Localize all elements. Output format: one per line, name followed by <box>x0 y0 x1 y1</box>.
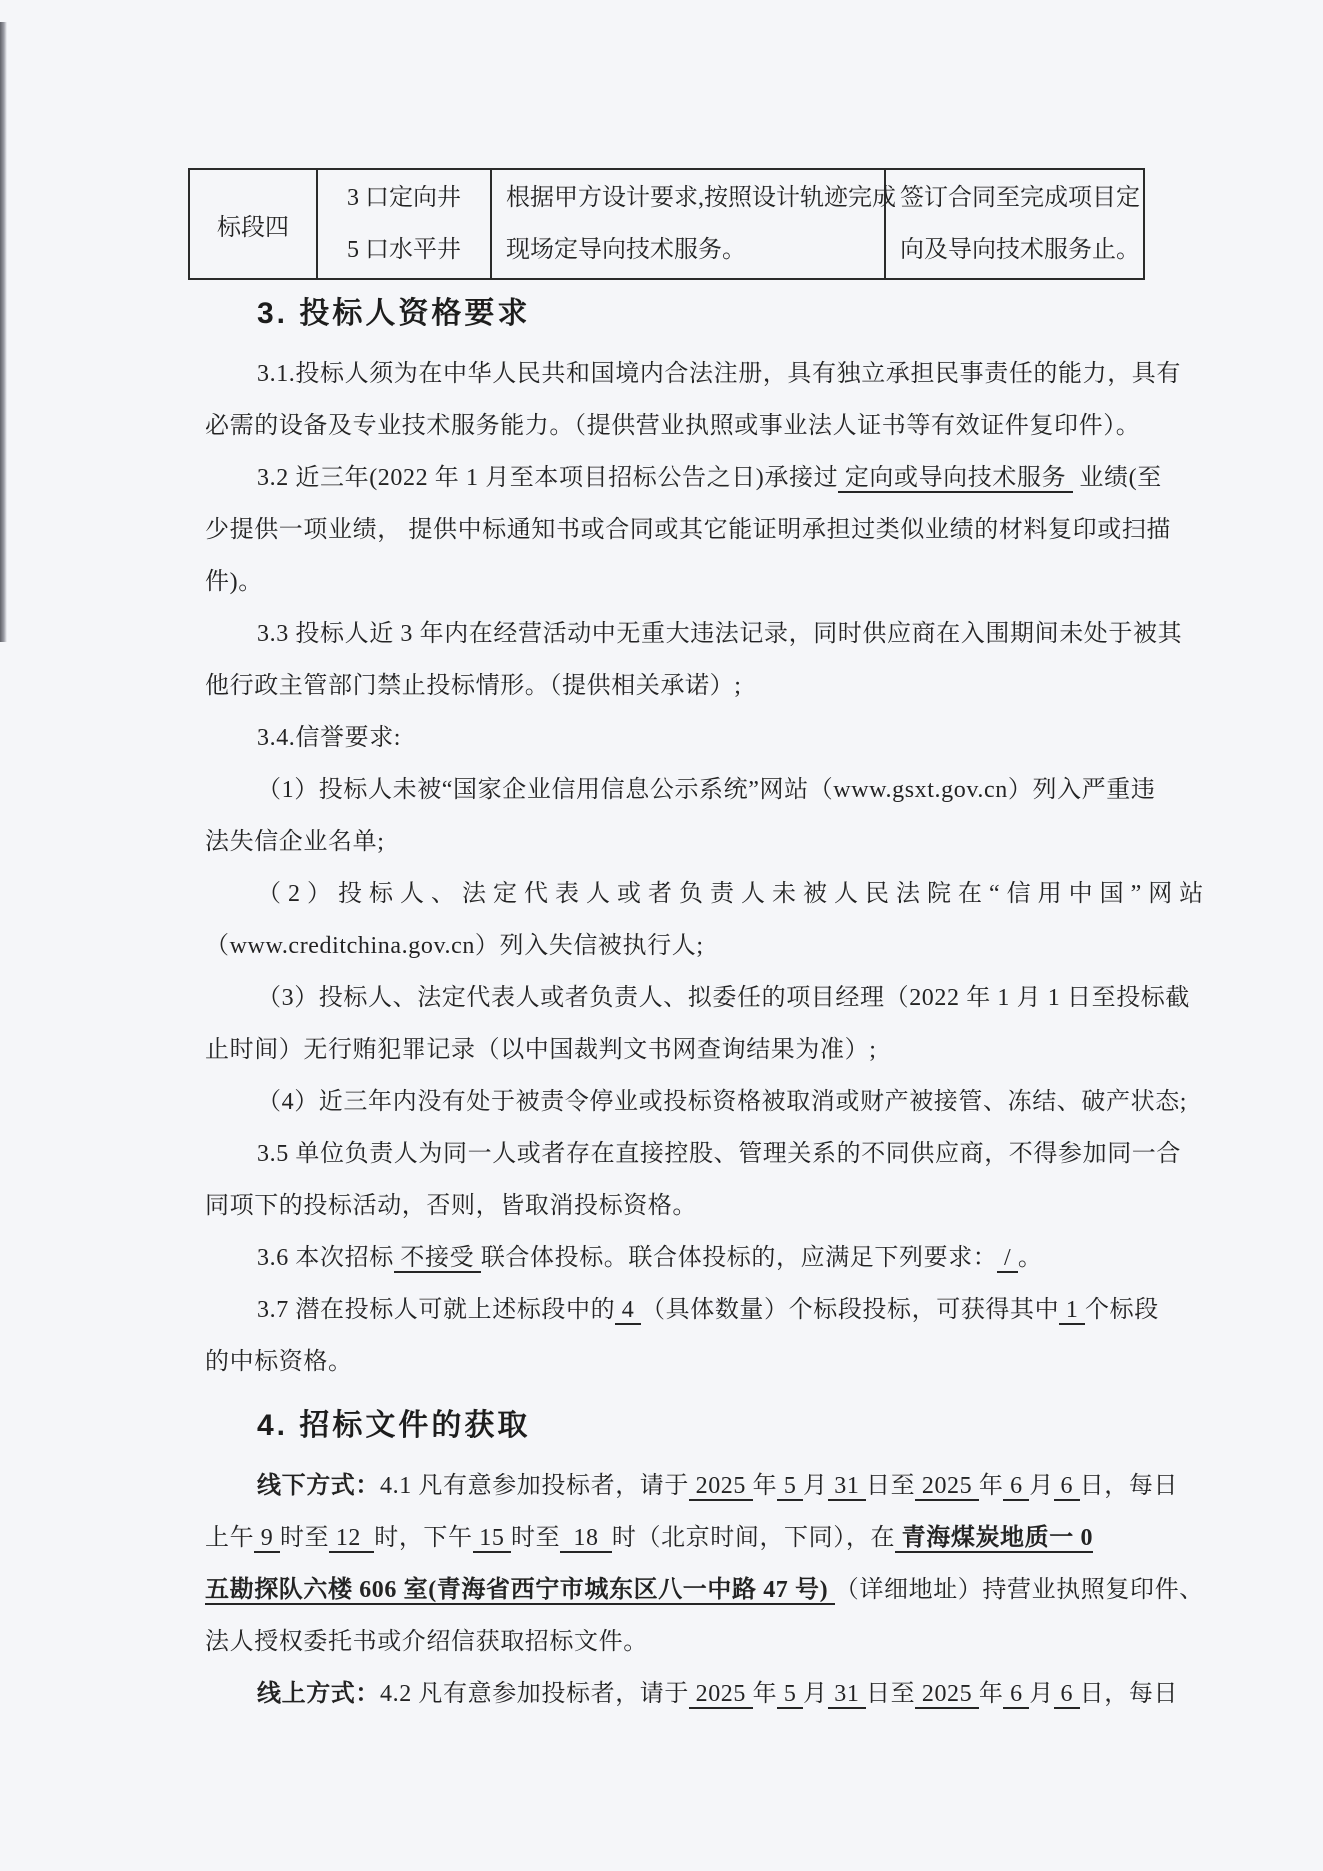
text-line: 法人授权委托书或介绍信获取招标文件。 <box>205 1616 1170 1668</box>
section-4-heading: 4. 招标文件的获取 <box>205 1402 1170 1450</box>
text-segment: 年 <box>753 1681 778 1707</box>
text-line: 同项下的投标活动，否则，皆取消投标资格。 <box>205 1180 1170 1232</box>
text-line: 少提供一项业绩， 提供中标通知书或合同或其它能证明承担过类似业绩的材料复印或扫描 <box>205 504 1170 556</box>
text-segment: （3）投标人、法定代表人或者负责人、拟委任的项目经理（2022 年 1 月 1 … <box>257 985 1190 1011</box>
text-segment: （www.creditchina.gov.cn）列入失信被执行人; <box>205 933 704 959</box>
underlined-text: 15 <box>473 1525 511 1553</box>
underlined-text: 5 <box>777 1473 803 1501</box>
text-segment: 日，每日 <box>1080 1681 1178 1707</box>
text-segment: 根据甲方设计要求,按照设计轨迹完成 <box>506 185 896 211</box>
text-segment: 上午 <box>205 1525 254 1551</box>
text-segment: 3.5 单位负责人为同一人或者存在直接控股、管理关系的不同供应商，不得参加同一合 <box>257 1141 1181 1167</box>
text-segment: 法失信企业名单; <box>205 829 384 855</box>
text-segment: 年 <box>979 1681 1004 1707</box>
underlined-text: 31 <box>828 1473 866 1501</box>
text-line: 根据甲方设计要求,按照设计轨迹完成 <box>506 172 878 224</box>
underlined-text: 2025 <box>915 1681 979 1709</box>
scan-edge-artifact <box>0 22 7 642</box>
text-line: 3.6 本次招标 不接受 联合体投标。联合体投标的，应满足下列要求： / 。 <box>205 1232 1170 1284</box>
text-line: 3.7 潜在投标人可就上述标段中的 4 （具体数量）个标段投标，可获得其中 1 … <box>205 1284 1170 1336</box>
document-body: 3. 投标人资格要求 3.1.投标人须为在中华人民共和国境内合法注册，具有独立承… <box>205 290 1170 1720</box>
text-line: 件)。 <box>205 556 1170 608</box>
text-segment: 个标段 <box>1085 1297 1159 1323</box>
text-segment: 线上方式： <box>257 1681 380 1707</box>
text-line: 止时间）无行贿犯罪记录（以中国裁判文书网查询结果为准）; <box>205 1024 1170 1076</box>
underlined-text: / <box>997 1245 1017 1273</box>
wells-count-cell: 3 口定向井5 口水平井 <box>317 169 491 279</box>
text-segment: 4.2 凡有意参加投标者，请于 <box>380 1681 689 1707</box>
text-line: 3.4.信誉要求: <box>205 712 1170 764</box>
text-segment: （2）投标人、法定代表人或者负责人未被人民法院在“信用中国”网站 <box>257 881 1210 907</box>
text-segment: 4.1 凡有意参加投标者，请于 <box>380 1473 689 1499</box>
text-line: （2）投标人、法定代表人或者负责人未被人民法院在“信用中国”网站 <box>205 868 1170 920</box>
text-segment: 月 <box>1029 1681 1054 1707</box>
table-row-section-4: 标段四 3 口定向井5 口水平井 根据甲方设计要求,按照设计轨迹完成现场定导向技… <box>189 169 1144 279</box>
text-segment: 向及导向技术服务止。 <box>900 237 1140 263</box>
text-segment: 时（北京时间，下同），在 <box>612 1525 895 1551</box>
text-segment: 联合体投标。联合体投标的，应满足下列要求： <box>481 1245 998 1271</box>
text-segment: 日，每日 <box>1080 1473 1178 1499</box>
underlined-text: 1 <box>1059 1297 1085 1325</box>
text-segment: 的中标资格。 <box>205 1349 353 1375</box>
text-segment: 3 口定向井 <box>347 185 461 211</box>
text-line: （3）投标人、法定代表人或者负责人、拟委任的项目经理（2022 年 1 月 1 … <box>205 972 1170 1024</box>
text-line: 线下方式：4.1 凡有意参加投标者，请于 2025 年 5 月 31 日至 20… <box>205 1460 1170 1512</box>
service-scope-cell: 根据甲方设计要求,按照设计轨迹完成现场定导向技术服务。 <box>491 169 885 279</box>
underlined-text: 31 <box>828 1681 866 1709</box>
text-segment: 业绩(至 <box>1073 465 1162 491</box>
text-segment: 件)。 <box>205 569 263 595</box>
underlined-text: 2025 <box>915 1473 979 1501</box>
text-line: 他行政主管部门禁止投标情形。（提供相关承诺）; <box>205 660 1170 712</box>
text-line: 向及导向技术服务止。 <box>900 224 1137 276</box>
underlined-text: 6 <box>1054 1473 1080 1501</box>
underlined-text: 五勘探队六楼 606 室(青海省西宁市城东区八一中路 47 号) <box>205 1577 835 1605</box>
text-segment: 月 <box>1029 1473 1054 1499</box>
text-segment: 签订合同至完成项目定 <box>900 185 1140 211</box>
text-line: 3.5 单位负责人为同一人或者存在直接控股、管理关系的不同供应商，不得参加同一合 <box>205 1128 1170 1180</box>
text-line: 法失信企业名单; <box>205 816 1170 868</box>
text-line: 五勘探队六楼 606 室(青海省西宁市城东区八一中路 47 号) （详细地址）持… <box>205 1564 1170 1616</box>
text-line: 上午 9 时至 12 时，下午 15 时至 18 时（北京时间，下同），在 青海… <box>205 1512 1170 1564</box>
text-line: 必需的设备及专业技术服务能力。（提供营业执照或事业法人证书等有效证件复印件）。 <box>205 400 1170 452</box>
text-line: 3.2 近三年(2022 年 1 月至本项目招标公告之日)承接过 定向或导向技术… <box>205 452 1170 504</box>
text-segment: 他行政主管部门禁止投标情形。（提供相关承诺）; <box>205 673 741 699</box>
text-line: 现场定导向技术服务。 <box>506 224 878 276</box>
section-3-heading: 3. 投标人资格要求 <box>205 290 1170 338</box>
text-line: （www.creditchina.gov.cn）列入失信被执行人; <box>205 920 1170 972</box>
underlined-text: 青海煤炭地质一 0 <box>895 1525 1093 1553</box>
text-segment: 3.2 近三年(2022 年 1 月至本项目招标公告之日)承接过 <box>257 465 838 491</box>
section-3-paragraphs: 3.1.投标人须为在中华人民共和国境内合法注册，具有独立承担民事责任的能力，具有… <box>205 348 1170 1388</box>
text-segment: 时至 <box>511 1525 560 1551</box>
underlined-text: 6 <box>1003 1473 1029 1501</box>
text-segment: 年 <box>979 1473 1004 1499</box>
section-id-cell: 标段四 <box>189 169 317 279</box>
text-segment: 5 口水平井 <box>347 237 461 263</box>
section-4-paragraphs: 线下方式：4.1 凡有意参加投标者，请于 2025 年 5 月 31 日至 20… <box>205 1460 1170 1720</box>
text-segment: 日至 <box>866 1473 915 1499</box>
text-line: （4）近三年内没有处于被责令停业或投标资格被取消或财产被接管、冻结、破产状态; <box>205 1076 1170 1128</box>
underlined-text: 2025 <box>689 1681 753 1709</box>
text-line: 3.1.投标人须为在中华人民共和国境内合法注册，具有独立承担民事责任的能力，具有 <box>205 348 1170 400</box>
text-segment: （详细地址）持营业执照复印件、 <box>835 1577 1204 1603</box>
text-segment: 3.3 投标人近 3 年内在经营活动中无重大违法记录，同时供应商在入围期间未处于… <box>257 621 1182 647</box>
text-segment: （具体数量）个标段投标，可获得其中 <box>641 1297 1059 1323</box>
underlined-text: 不接受 <box>394 1245 481 1273</box>
underlined-text: 12 <box>329 1525 374 1553</box>
bid-sections-table: 标段四 3 口定向井5 口水平井 根据甲方设计要求,按照设计轨迹完成现场定导向技… <box>188 168 1145 280</box>
text-segment: 。 <box>1018 1245 1043 1271</box>
text-segment: 时至 <box>280 1525 329 1551</box>
text-line: （1）投标人未被“国家企业信用信息公示系统”网站（www.gsxt.gov.cn… <box>205 764 1170 816</box>
text-segment: 3.4.信誉要求: <box>257 725 401 751</box>
text-segment: 现场定导向技术服务。 <box>506 237 746 263</box>
text-segment: 法人授权委托书或介绍信获取招标文件。 <box>205 1629 648 1655</box>
service-period-cell: 签订合同至完成项目定向及导向技术服务止。 <box>885 169 1144 279</box>
text-segment: 3.6 本次招标 <box>257 1245 394 1271</box>
text-segment: 日至 <box>866 1681 915 1707</box>
underlined-text: 18 <box>560 1525 612 1553</box>
underlined-text: 5 <box>777 1681 803 1709</box>
underlined-text: 2025 <box>689 1473 753 1501</box>
text-line: 签订合同至完成项目定 <box>900 172 1137 224</box>
underlined-text: 定向或导向技术服务 <box>838 465 1073 493</box>
text-segment: （4）近三年内没有处于被责令停业或投标资格被取消或财产被接管、冻结、破产状态; <box>257 1089 1187 1115</box>
text-segment: 3.7 潜在投标人可就上述标段中的 <box>257 1297 615 1323</box>
text-line: 5 口水平井 <box>318 224 490 276</box>
text-segment: 3.1.投标人须为在中华人民共和国境内合法注册，具有独立承担民事责任的能力，具有 <box>257 361 1181 387</box>
text-segment: 年 <box>753 1473 778 1499</box>
text-line: 3.3 投标人近 3 年内在经营活动中无重大违法记录，同时供应商在入围期间未处于… <box>205 608 1170 660</box>
text-segment: 月 <box>803 1473 828 1499</box>
underlined-text: 6 <box>1003 1681 1029 1709</box>
underlined-text: 4 <box>615 1297 641 1325</box>
text-segment: 同项下的投标活动，否则，皆取消投标资格。 <box>205 1193 697 1219</box>
text-segment: 必需的设备及专业技术服务能力。（提供营业执照或事业法人证书等有效证件复印件）。 <box>205 413 1140 439</box>
text-segment: 线下方式： <box>257 1473 380 1499</box>
text-segment: 止时间）无行贿犯罪记录（以中国裁判文书网查询结果为准）; <box>205 1037 876 1063</box>
text-line: 线上方式：4.2 凡有意参加投标者，请于 2025 年 5 月 31 日至 20… <box>205 1668 1170 1720</box>
underlined-text: 6 <box>1054 1681 1080 1709</box>
underlined-text: 9 <box>254 1525 280 1553</box>
scanned-document-page: 标段四 3 口定向井5 口水平井 根据甲方设计要求,按照设计轨迹完成现场定导向技… <box>0 0 1323 1871</box>
text-line: 的中标资格。 <box>205 1336 1170 1388</box>
text-segment: （1）投标人未被“国家企业信用信息公示系统”网站（www.gsxt.gov.cn… <box>257 777 1155 803</box>
text-segment: 时，下午 <box>374 1525 472 1551</box>
text-line: 3 口定向井 <box>318 172 490 224</box>
text-segment: 月 <box>803 1681 828 1707</box>
text-segment: 少提供一项业绩， 提供中标通知书或合同或其它能证明承担过类似业绩的材料复印或扫描 <box>205 517 1171 543</box>
